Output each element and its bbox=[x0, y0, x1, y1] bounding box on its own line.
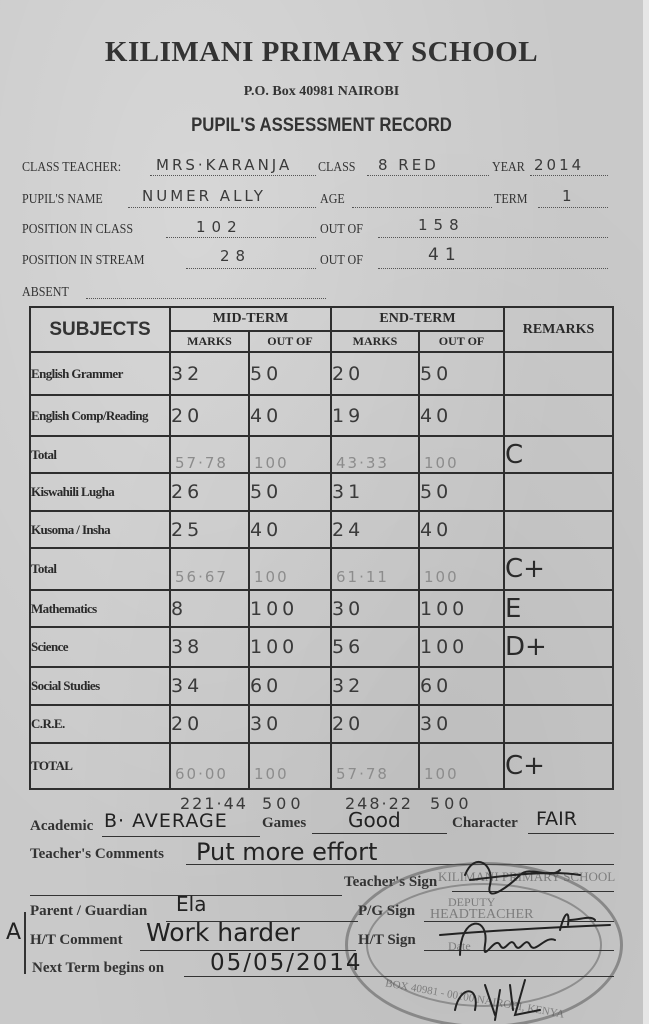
signatures-overlay bbox=[0, 0, 649, 1024]
stamp-initials-icon bbox=[455, 980, 540, 1020]
teacher-signature-icon bbox=[465, 862, 580, 894]
ht-signature-icon bbox=[440, 924, 610, 955]
